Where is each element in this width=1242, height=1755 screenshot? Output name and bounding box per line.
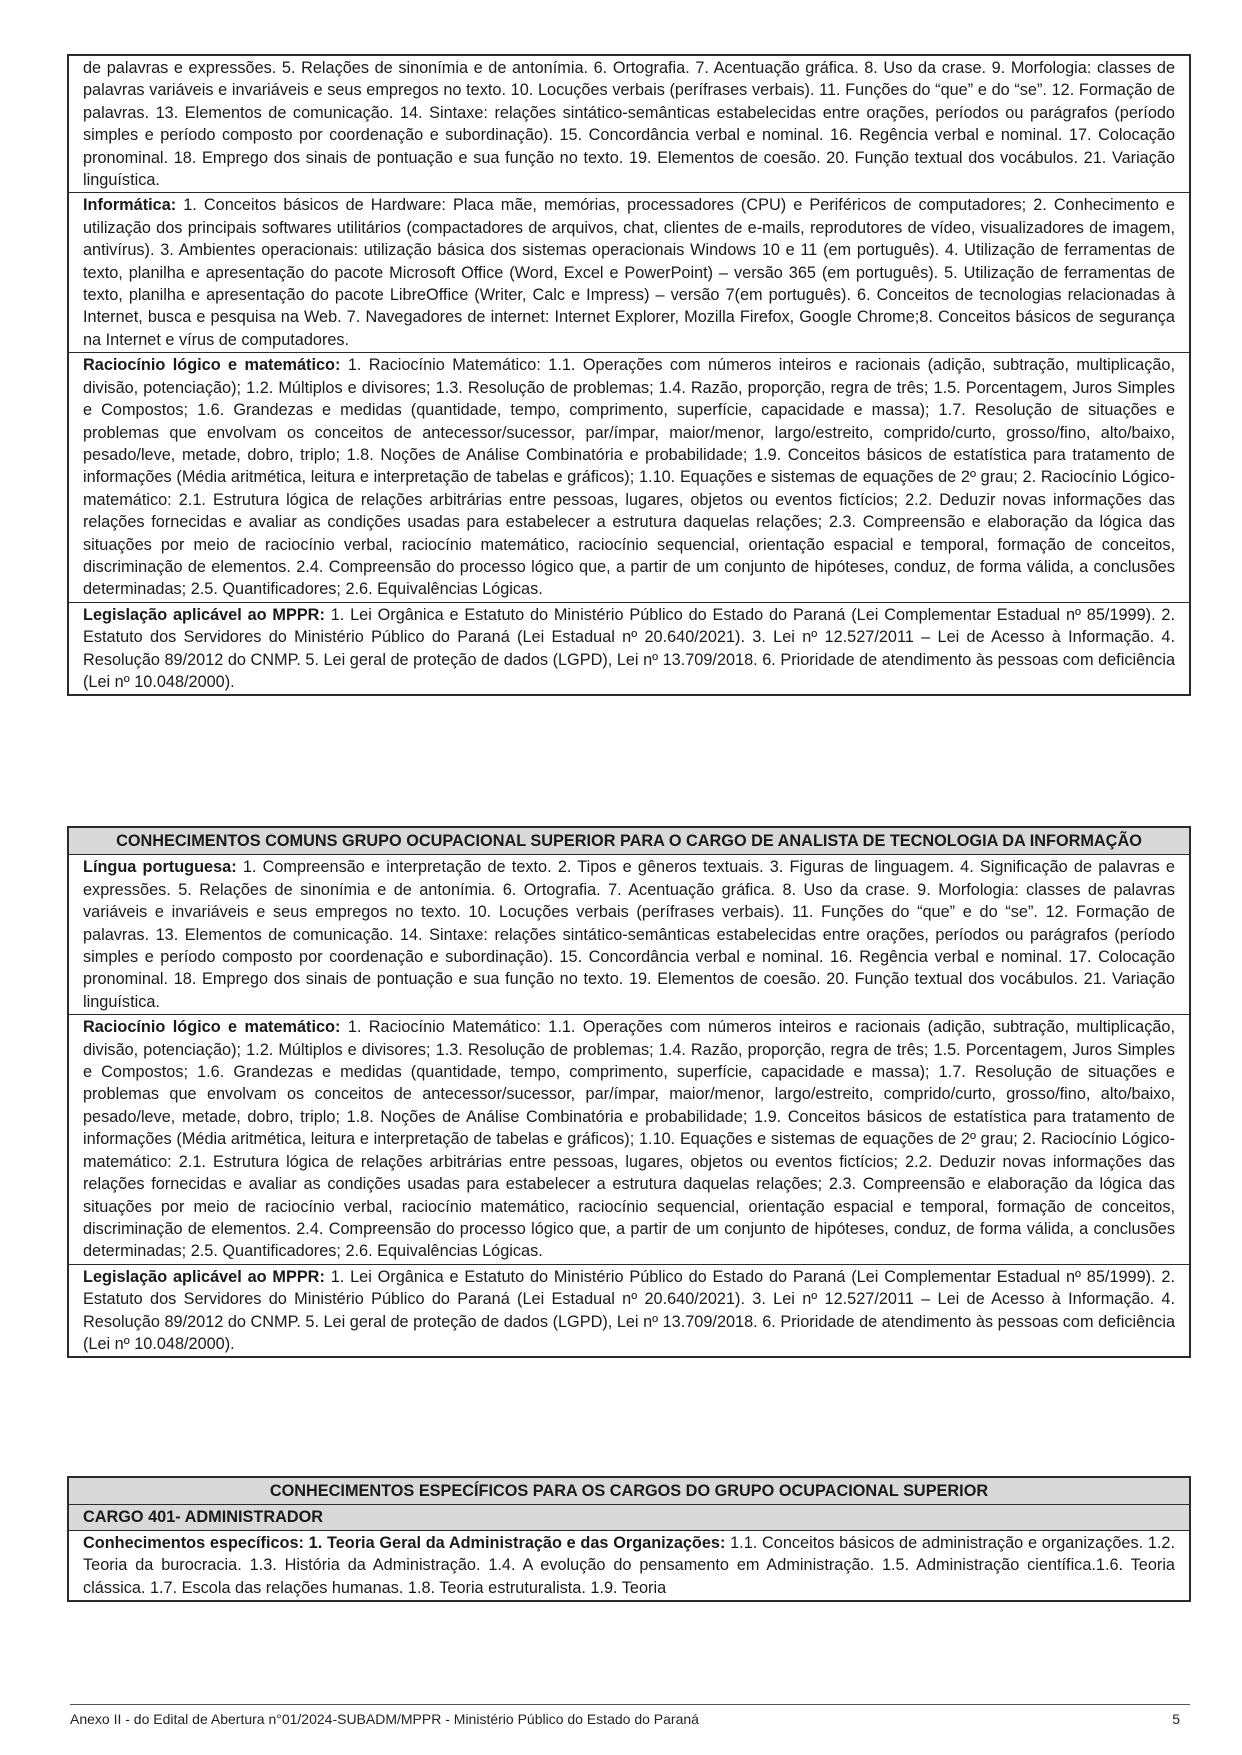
page-footer: Anexo II - do Edital de Abertura n°01/20… xyxy=(70,1710,1180,1728)
section-header: CONHECIMENTOS COMUNS GRUPO OCUPACIONAL S… xyxy=(69,828,1189,854)
footer-divider xyxy=(70,1704,1190,1705)
raciocinio-row: Raciocínio lógico e matemático: 1. Racio… xyxy=(69,352,1189,601)
raciocinio-label: Raciocínio lógico e matemático: xyxy=(83,356,340,374)
portugues-row: Língua portuguesa: 1. Compreensão e inte… xyxy=(69,854,1189,1014)
portugues-text: 1. Compreensão e interpretação de texto.… xyxy=(83,858,1175,1010)
legislacao-row: Legislação aplicável ao MPPR: 1. Lei Org… xyxy=(69,602,1189,695)
especificos-label: Conhecimentos específicos: 1. Teoria Ger… xyxy=(83,1534,725,1552)
informatica-text: 1. Conceitos básicos de Hardware: Placa … xyxy=(83,196,1175,348)
informatica-row: Informática: 1. Conceitos básicos de Har… xyxy=(69,192,1189,352)
especificos-row: Conhecimentos específicos: 1. Teoria Ger… xyxy=(69,1530,1189,1600)
cargo-header: CARGO 401- ADMINISTRADOR xyxy=(69,1504,1189,1529)
raciocinio-text: 1. Raciocínio Matemático: 1.1. Operações… xyxy=(83,1018,1175,1260)
legislacao-label: Legislação aplicável ao MPPR: xyxy=(83,606,325,624)
raciocinio-label: Raciocínio lógico e matemático: xyxy=(83,1018,340,1036)
raciocinio-row: Raciocínio lógico e matemático: 1. Racio… xyxy=(69,1014,1189,1263)
section-header: CONHECIMENTOS ESPECÍFICOS PARA OS CARGOS… xyxy=(69,1478,1189,1504)
page-number: 5 xyxy=(1172,1710,1180,1728)
legislacao-row: Legislação aplicável ao MPPR: 1. Lei Org… xyxy=(69,1264,1189,1357)
raciocinio-text: 1. Raciocínio Matemático: 1.1. Operações… xyxy=(83,356,1175,598)
portugues-text: de palavras e expressões. 5. Relações de… xyxy=(83,59,1175,189)
syllabus-table-analista-ti: CONHECIMENTOS COMUNS GRUPO OCUPACIONAL S… xyxy=(67,826,1191,1358)
footer-text: Anexo II - do Edital de Abertura n°01/20… xyxy=(70,1710,699,1728)
legislacao-label: Legislação aplicável ao MPPR: xyxy=(83,1268,325,1286)
informatica-label: Informática: xyxy=(83,196,176,214)
syllabus-table-especificos: CONHECIMENTOS ESPECÍFICOS PARA OS CARGOS… xyxy=(67,1476,1191,1602)
portugues-continuation: de palavras e expressões. 5. Relações de… xyxy=(69,56,1189,192)
portugues-label: Língua portuguesa: xyxy=(83,858,237,876)
syllabus-table-common: de palavras e expressões. 5. Relações de… xyxy=(67,54,1191,696)
